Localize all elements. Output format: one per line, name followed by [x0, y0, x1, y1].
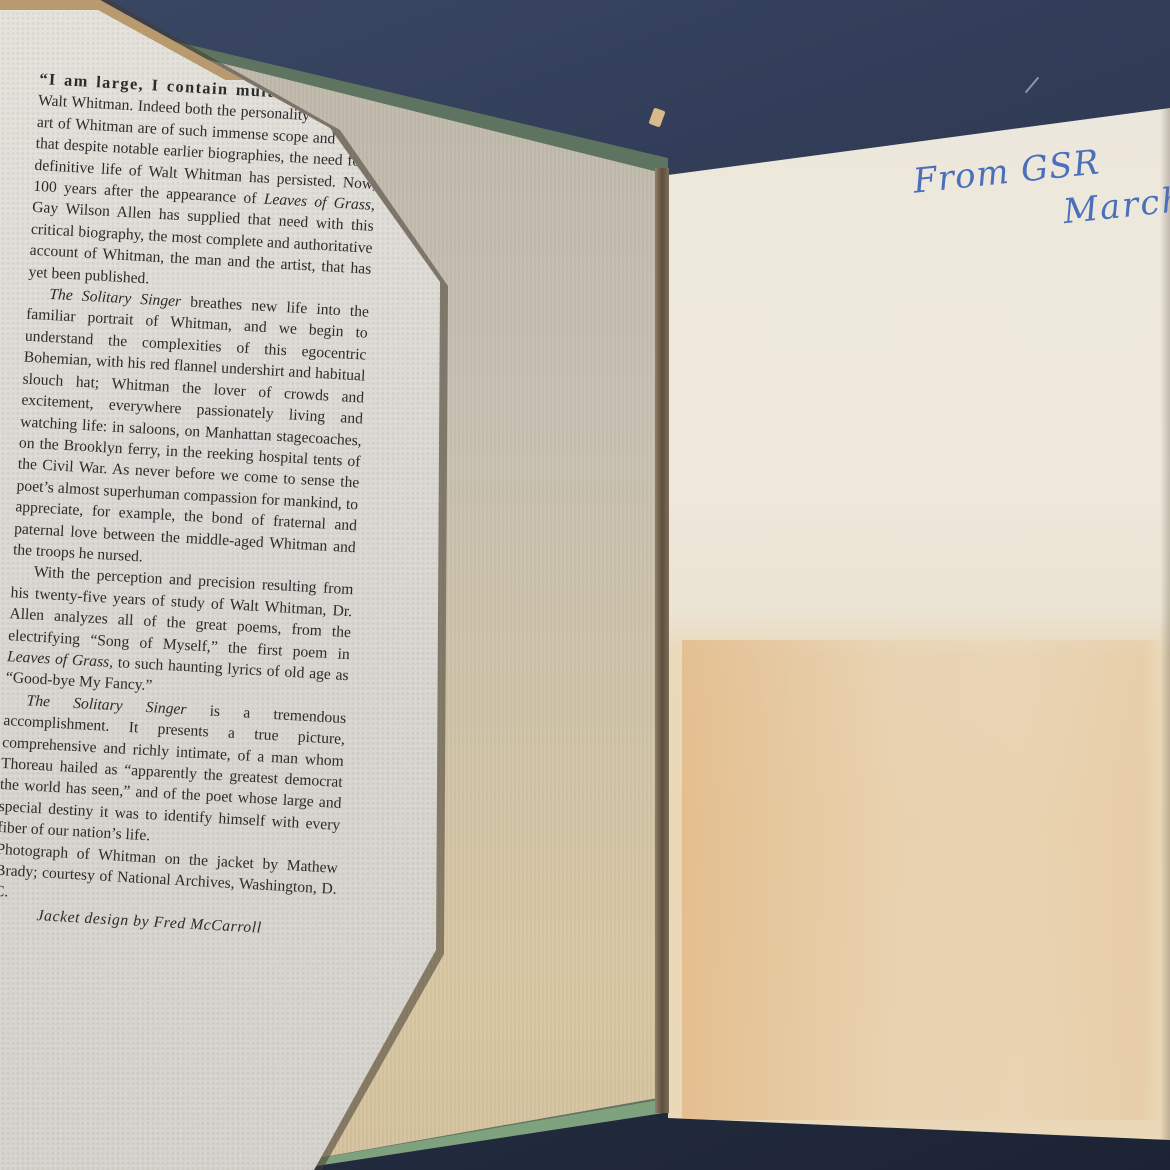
spine-gutter [655, 168, 669, 1113]
blurb-text: breathes new life into the familiar port… [13, 293, 370, 565]
paper-flake [648, 107, 665, 127]
book-title-leaves-of-grass: Leaves of Grass, [7, 648, 114, 671]
tanning-stain [682, 640, 1162, 1120]
blurb-text: is a tremendous accomplishment. It prese… [0, 701, 347, 845]
blurb-text: With the perception and precision result… [8, 564, 354, 663]
surface-scratch [1025, 77, 1039, 94]
book-title-solitary-singer: The Solitary Singer [49, 286, 182, 310]
blurb-paragraph-4: The Solitary Singer is a tremendous acco… [0, 689, 347, 858]
page-edge-shadow [1160, 108, 1170, 1140]
book-title-leaves-of-grass: Leaves of Grass [263, 191, 371, 214]
flap-blurb: “I am large, I contain multitudes,” wrot… [0, 68, 381, 943]
blurb-paragraph-2: The Solitary Singer breathes new life in… [12, 283, 369, 580]
book-photo: From GSR March “I am large, I contain mu… [0, 0, 1170, 1170]
blurb-paragraph-3: With the perception and precision result… [5, 561, 354, 708]
